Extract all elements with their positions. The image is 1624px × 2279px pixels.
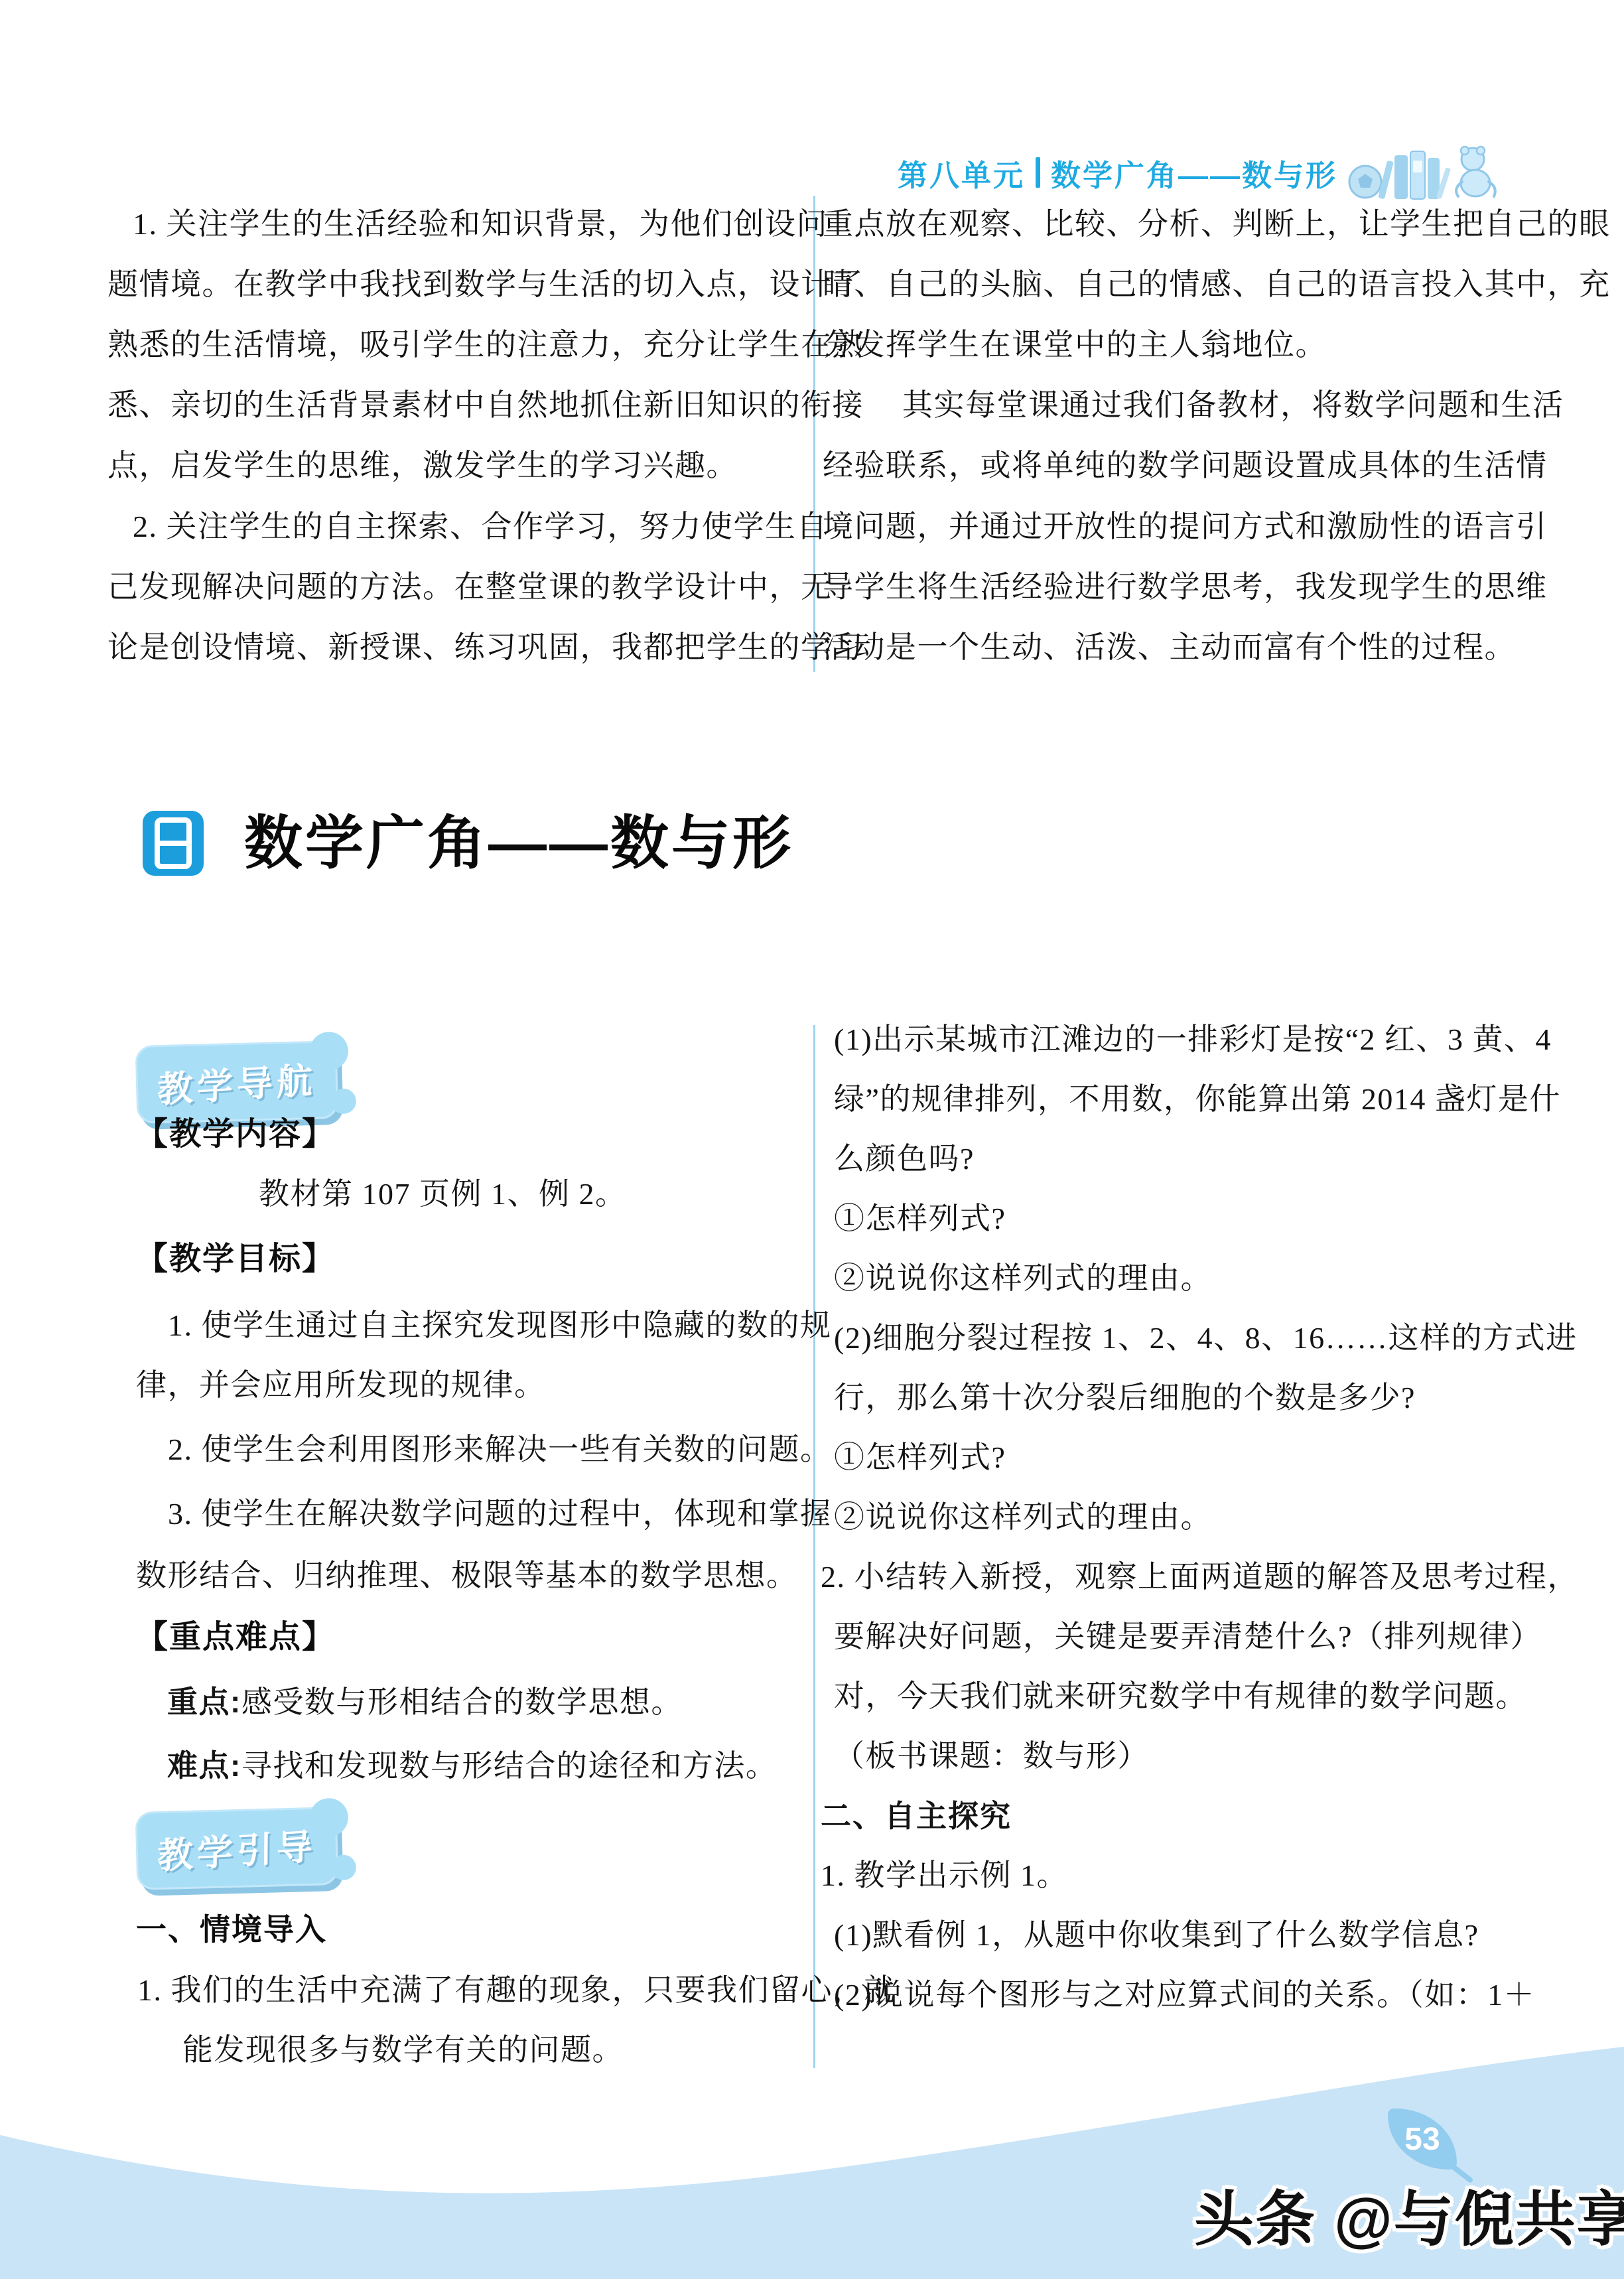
heading-scenario-intro: 一、情境导入 xyxy=(136,1899,327,1959)
reflection-line: 熟悉的生活情境，吸引学生的注意力，充分让学生在熟 xyxy=(107,315,864,375)
teaching-navigation-badge-label: 教学导航 xyxy=(157,1052,316,1113)
reflection-line: 其实每堂课通过我们备教材，将数学问题和生活 xyxy=(902,376,1564,435)
reflection-line: 活动是一个生动、活泼、主动而富有个性的过程。 xyxy=(823,618,1516,677)
goal-line: 2. 使学生会利用图形来解决一些有关数的问题。 xyxy=(168,1420,832,1480)
goal-line: 1. 使学生通过自主探究发现图形中隐藏的数的规 xyxy=(168,1296,832,1355)
lesson-line: (2)细胞分裂过程按 1、2、4、8、16……这样的方式进 xyxy=(834,1308,1578,1368)
goal-line: 数形结合、归纳推理、极限等基本的数学思想。 xyxy=(136,1546,798,1606)
reflection-line: 论是创设情境、新授课、练习巩固，我都把学生的学习 xyxy=(107,618,864,677)
reflection-line: 己发现解决问题的方法。在整堂课的教学设计中，无 xyxy=(107,557,833,617)
lesson-line: （板书课题：数与形） xyxy=(834,1726,1149,1786)
bottom-column-divider xyxy=(813,1025,815,2068)
lesson-line: ②说说你这样列式的理由。 xyxy=(834,1487,1212,1547)
chapter-title: 数学广角——数与形 xyxy=(244,811,793,876)
keypoint-label: 难点: xyxy=(167,1748,241,1783)
keypoint-label: 重点: xyxy=(167,1685,241,1719)
goal-line: 律，并会应用所发现的规律。 xyxy=(136,1355,546,1415)
keypoint-text: 寻找和发现数与形结合的途径和方法。 xyxy=(241,1749,778,1783)
lesson-line: 要解决好问题，关键是要弄清楚什么?（排列规律） xyxy=(834,1607,1542,1667)
heading-teaching-goals: 【教学目标】 xyxy=(136,1229,335,1289)
chapter-number-digit xyxy=(155,817,192,869)
teaching-guide-badge: 教学引导 xyxy=(135,1807,339,1890)
book-page: 第八单元 数学广角——数与形 1. 关注学生的生活经验和知识背景，为他们创设问 … xyxy=(0,0,1624,2279)
lesson-line: 绿”的规律排列，不用数，你能算出第 2014 盏灯是什 xyxy=(834,1070,1561,1129)
intro-line: 1. 我们的生活中充满了有趣的现象，只要我们留心，就 xyxy=(137,1961,896,2020)
header-title: 数学广角——数与形 xyxy=(1051,151,1337,194)
reflection-line: 点，启发学生的思维，激发学生的学习兴趣。 xyxy=(107,436,738,496)
keypoint-text: 感受数与形相结合的数学思想。 xyxy=(241,1685,683,1719)
chapter-number-badge xyxy=(143,811,204,876)
reflection-line: 境问题，并通过开放性的提问方式和激励性的语言引 xyxy=(823,497,1548,557)
lesson-line: ①怎样列式? xyxy=(834,1428,1006,1487)
lesson-line: 行，那么第十次分裂后细胞的个数是多少? xyxy=(834,1368,1416,1428)
heading-keypoints: 【重点难点】 xyxy=(136,1608,335,1667)
reflection-line: 悉、亲切的生活背景素材中自然地抓住新旧知识的衔接 xyxy=(107,376,864,435)
watermark-text: 头条 @与倪共享 xyxy=(1194,2171,1624,2257)
lesson-line: 1. 教学出示例 1。 xyxy=(821,1846,1068,1905)
reflection-line: 重点放在观察、比较、分析、判断上，让学生把自己的眼 xyxy=(823,194,1611,254)
goal-line: 3. 使学生在解决数学问题的过程中，体现和掌握 xyxy=(168,1484,832,1544)
reflection-line: 2. 关注学生的自主探索、合作学习，努力使学生自 xyxy=(133,497,828,557)
lesson-line: ①怎样列式? xyxy=(834,1189,1006,1249)
lesson-line: (1)出示某城市江滩边的一排彩灯是按“2 红、3 黄、4 xyxy=(834,1010,1552,1070)
reflection-line: 1. 关注学生的生活经验和知识背景，为他们创设问 xyxy=(133,194,828,254)
keypoint-line: 重点:感受数与形相结合的数学思想。 xyxy=(167,1672,683,1732)
page-number: 53 xyxy=(1404,2121,1440,2158)
reflection-line: 睛、自己的头脑、自己的情感、自己的语言投入其中，充 xyxy=(823,255,1611,314)
keypoint-line: 难点:寻找和发现数与形结合的途径和方法。 xyxy=(167,1736,777,1795)
lesson-line: 对，今天我们就来研究数学中有规律的数学问题。 xyxy=(834,1667,1527,1726)
lesson-line: (2)说说每个图形与之对应算式间的关系。（如：1＋ xyxy=(834,1965,1535,2025)
lesson-line: (1)默看例 1，从题中你收集到了什么数学信息? xyxy=(834,1905,1479,1965)
heading-teaching-content: 【教学内容】 xyxy=(136,1105,335,1164)
teaching-guide-badge-label: 教学引导 xyxy=(157,1818,316,1879)
lesson-line: ②说说你这样列式的理由。 xyxy=(834,1249,1212,1308)
teaching-content-line: 教材第 107 页例 1、例 2。 xyxy=(259,1164,627,1224)
reflection-line: 分发挥学生在课堂中的主人翁地位。 xyxy=(823,315,1327,375)
header-separator xyxy=(1036,157,1040,188)
lesson-line: 么颜色吗? xyxy=(834,1129,975,1189)
header-unit-label: 第八单元 xyxy=(898,151,1025,194)
reflection-line: 经验联系，或将单纯的数学问题设置成具体的生活情 xyxy=(823,436,1548,496)
reflection-line: 题情境。在教学中我找到数学与生活的切入点，设计了 xyxy=(107,255,864,314)
lesson-line: 2. 小结转入新授，观察上面两道题的解答及思考过程， xyxy=(821,1547,1579,1607)
heading-self-exploration: 二、自主探究 xyxy=(821,1786,1012,1846)
reflection-line: 导学生将生活经验进行数学思考，我发现学生的思维 xyxy=(823,557,1548,617)
